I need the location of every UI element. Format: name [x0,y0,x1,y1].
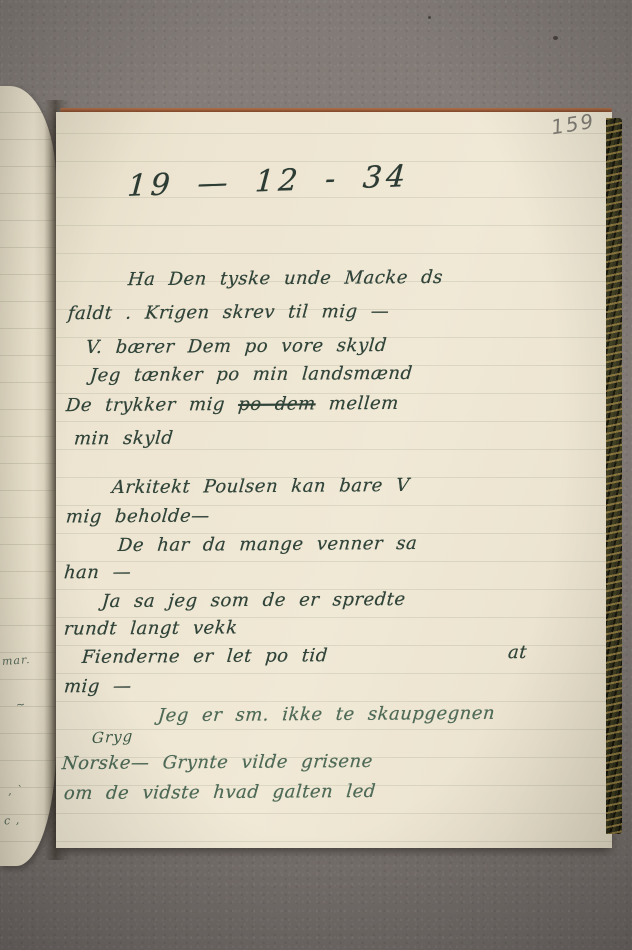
photograph-backdrop: mar. ~ , ` c , 159 19 — 12 - 34 Ha Den t… [0,0,632,950]
handwriting-line: Ja sa jeg som de er spredte [101,589,406,613]
handwriting-line: mig beholde— [65,505,210,528]
handwriting-line: Jeg er sm. ikke te skaupgegnen [157,703,496,727]
facing-page-edge: mar. ~ , ` c , [0,86,56,866]
handwriting-line: om de vidste hvad galten led [63,781,377,805]
strikethrough-text: po dem [237,393,316,415]
handwriting-line: Arkitekt Poulsen kan bare V [111,475,410,499]
handwriting-line: Norske— Grynte vilde grisene [61,751,374,775]
handwriting-line: Fienderne er let po tid [81,645,329,669]
strike-post-text: mellem [315,393,400,415]
handwriting-line: han — [63,562,132,584]
marbled-book-edge [606,118,622,834]
handwriting-line: min skyld [73,428,174,451]
handwriting-word: at [507,642,528,664]
margin-ink-mark: mar. [2,653,31,668]
margin-ink-mark: c , [4,813,21,827]
handwriting-line: V. bærer Dem po vore skyld [85,335,388,359]
page-number: 159 [549,109,596,140]
handwriting-line: Ha Den tyske unde Macke ds [127,267,444,291]
handwriting-line: De har da mange venner sa [117,533,418,557]
date-heading: 19 — 12 - 34 [126,159,410,204]
handwriting-line: mig — [63,676,132,698]
dust-speck [428,16,431,19]
notebook-page: 159 19 — 12 - 34 Ha Den tyske unde Macke… [56,112,612,848]
margin-ink-mark: ~ [16,698,27,712]
dust-speck [553,36,558,40]
handwriting-line: faldt . Krigen skrev til mig — [67,301,390,325]
margin-ink-mark: , ` [8,783,24,797]
handwriting-line: rundt langt vekk [63,617,238,640]
strike-pre-text: De trykker mig [65,394,239,416]
handwriting-line-with-strikethrough: De trykker mig po dem mellem [65,393,400,417]
handwriting-line: Jeg tænker po min landsmænd [89,363,413,387]
insertion-word: Gryg [91,727,133,747]
